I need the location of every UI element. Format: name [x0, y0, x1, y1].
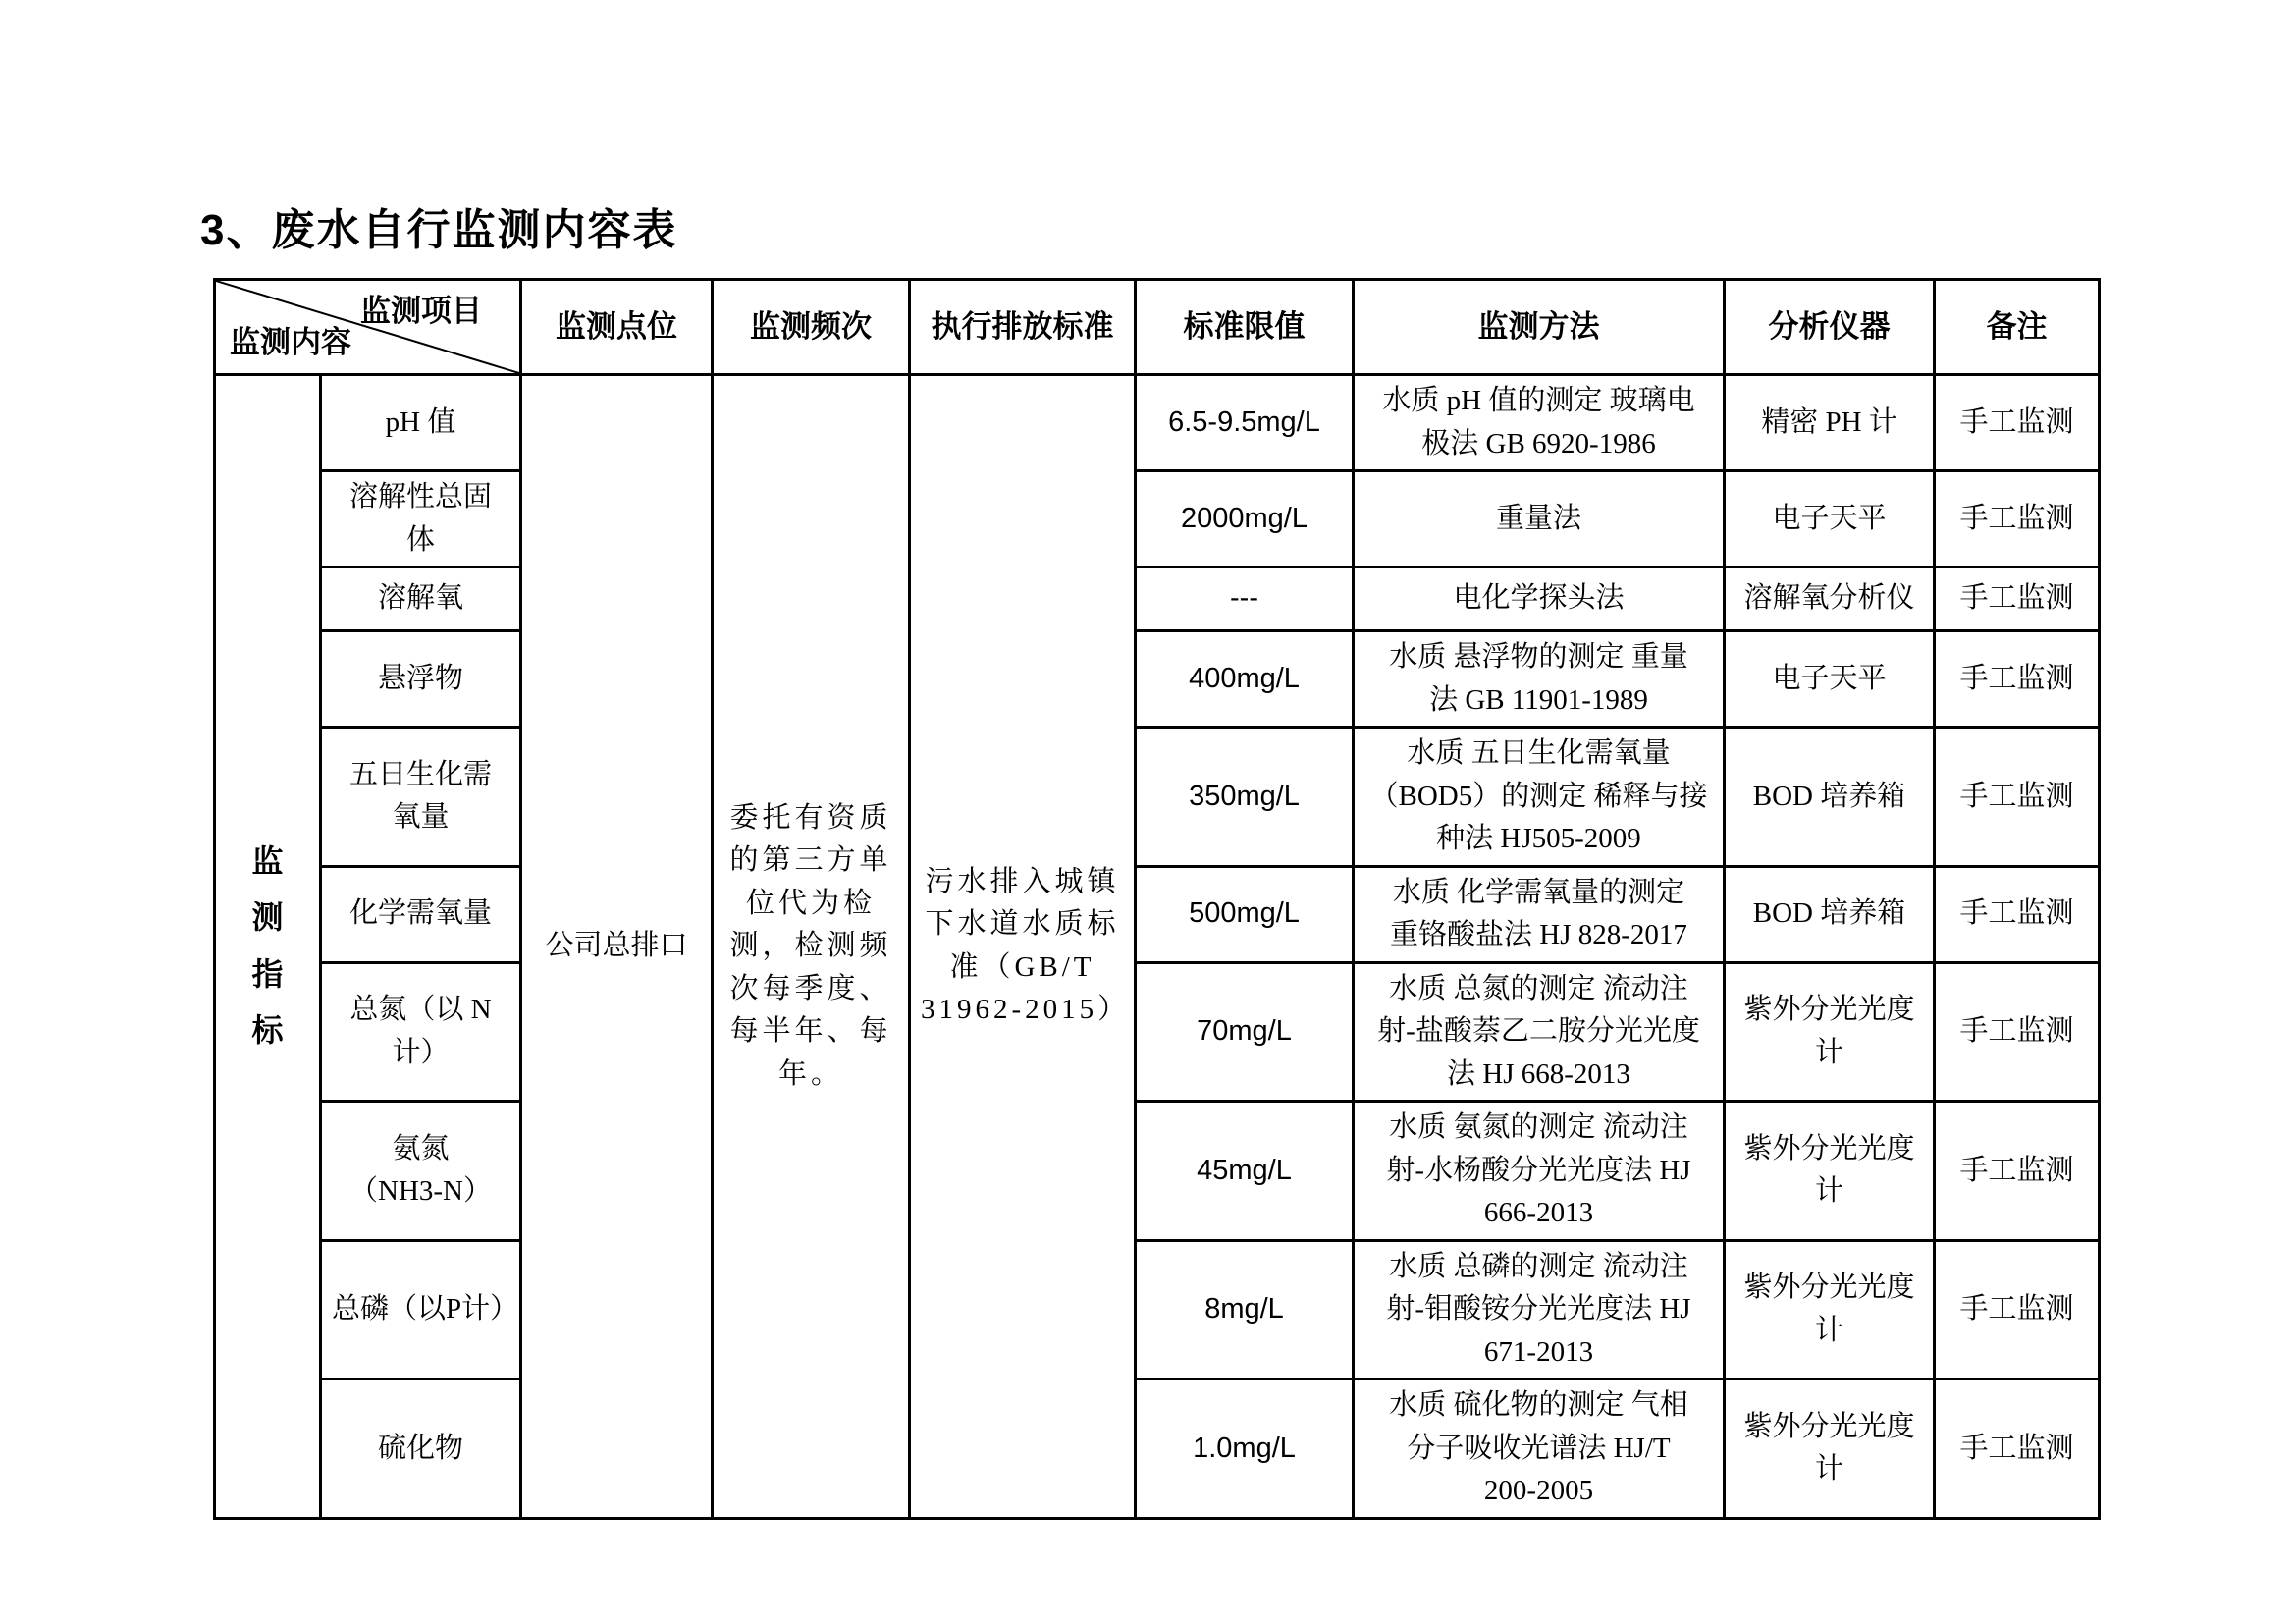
instrument-cell: 溶解氧分析仪	[1725, 568, 1935, 631]
limit-cell: 350mg/L	[1136, 728, 1354, 867]
table-row: 化学需氧量 500mg/L 水质 化学需氧量的测定 重铬酸盐法 HJ 828-2…	[215, 866, 2100, 962]
method-cell: 水质 总磷的测定 流动注 射-钼酸铵分光光度法 HJ 671-2013	[1354, 1240, 1725, 1380]
instrument-cell: BOD 培养箱	[1725, 866, 1935, 962]
remark-cell: 手工监测	[1935, 1380, 2100, 1519]
header-monitoring-point: 监测点位	[521, 280, 713, 375]
indicator-cell: 化学需氧量	[321, 866, 521, 962]
limit-cell: 45mg/L	[1136, 1102, 1354, 1241]
row-group-label: 监测指标	[249, 834, 286, 1059]
method-cell: 水质 氨氮的测定 流动注 射-水杨酸分光光度法 HJ 666-2013	[1354, 1102, 1725, 1241]
instrument-cell: 精密 PH 计	[1725, 375, 1935, 471]
table-row: 总氮（以 N 计） 70mg/L 水质 总氮的测定 流动注 射-盐酸萘乙二胺分光…	[215, 962, 2100, 1102]
table-row: 硫化物 1.0mg/L 水质 硫化物的测定 气相 分子吸收光谱法 HJ/T 20…	[215, 1380, 2100, 1519]
wastewater-monitoring-table: 监测项目 监测内容 监测点位 监测频次 执行排放标准 标准限值 监测方法 分析仪…	[213, 278, 2101, 1520]
method-cell: 水质 总氮的测定 流动注 射-盐酸萘乙二胺分光光度 法 HJ 668-2013	[1354, 962, 1725, 1102]
remark-cell: 手工监测	[1935, 866, 2100, 962]
limit-cell: 400mg/L	[1136, 631, 1354, 728]
limit-cell: 500mg/L	[1136, 866, 1354, 962]
instrument-cell: 紫外分光光度 计	[1725, 1102, 1935, 1241]
indicator-cell: 总氮（以 N 计）	[321, 962, 521, 1102]
indicator-cell: 悬浮物	[321, 631, 521, 728]
remark-cell: 手工监测	[1935, 1240, 2100, 1380]
method-cell: 水质 硫化物的测定 气相 分子吸收光谱法 HJ/T 200-2005	[1354, 1380, 1725, 1519]
table-row: 溶解氧 --- 电化学探头法 溶解氧分析仪 手工监测	[215, 568, 2100, 631]
indicator-cell: 溶解氧	[321, 568, 521, 631]
remark-cell: 手工监测	[1935, 962, 2100, 1102]
row-group-label-cell: 监测指标	[215, 375, 321, 1519]
table-row: 溶解性总固 体 2000mg/L 重量法 电子天平 手工监测	[215, 471, 2100, 568]
header-remark: 备注	[1935, 280, 2100, 375]
page-title: 3、废水自行监测内容表	[200, 194, 677, 257]
instrument-cell: BOD 培养箱	[1725, 728, 1935, 867]
header-monitoring-method: 监测方法	[1354, 280, 1725, 375]
header-standard-limit: 标准限值	[1136, 280, 1354, 375]
remark-cell: 手工监测	[1935, 471, 2100, 568]
remark-cell: 手工监测	[1935, 568, 2100, 631]
instrument-cell: 紫外分光光度 计	[1725, 962, 1935, 1102]
header-row: 监测项目 监测内容 监测点位 监测频次 执行排放标准 标准限值 监测方法 分析仪…	[215, 280, 2100, 375]
method-cell: 重量法	[1354, 471, 1725, 568]
method-cell: 水质 五日生化需氧量 （BOD5）的测定 稀释与接 种法 HJ505-2009	[1354, 728, 1725, 867]
header-analysis-instrument: 分析仪器	[1725, 280, 1935, 375]
remark-cell: 手工监测	[1935, 375, 2100, 471]
indicator-cell: 五日生化需 氧量	[321, 728, 521, 867]
table-row: 监测指标 pH 值 公司总排口 委托有资质 的第三方单 位代为检 测，检测频 次…	[215, 375, 2100, 471]
table-row: 五日生化需 氧量 350mg/L 水质 五日生化需氧量 （BOD5）的测定 稀释…	[215, 728, 2100, 867]
limit-cell: ---	[1136, 568, 1354, 631]
instrument-cell: 紫外分光光度 计	[1725, 1240, 1935, 1380]
discharge-standard-cell: 污水排入城镇 下水道水质标 准（GB/T 31962-2015）	[910, 375, 1136, 1519]
corner-label-monitoring-item: 监测项目	[360, 289, 482, 335]
monitoring-frequency-cell: 委托有资质 的第三方单 位代为检 测，检测频 次每季度、 每半年、每 年。	[713, 375, 910, 1519]
corner-header-cell: 监测项目 监测内容	[215, 280, 521, 375]
indicator-cell: pH 值	[321, 375, 521, 471]
indicator-cell: 总磷（以P计）	[321, 1240, 521, 1380]
remark-cell: 手工监测	[1935, 1102, 2100, 1241]
header-discharge-standard: 执行排放标准	[910, 280, 1136, 375]
monitoring-point-cell: 公司总排口	[521, 375, 713, 1519]
method-cell: 水质 化学需氧量的测定 重铬酸盐法 HJ 828-2017	[1354, 866, 1725, 962]
remark-cell: 手工监测	[1935, 631, 2100, 728]
indicator-cell: 硫化物	[321, 1380, 521, 1519]
header-monitoring-frequency: 监测频次	[713, 280, 910, 375]
table-row: 悬浮物 400mg/L 水质 悬浮物的测定 重量 法 GB 11901-1989…	[215, 631, 2100, 728]
indicator-cell: 溶解性总固 体	[321, 471, 521, 568]
instrument-cell: 电子天平	[1725, 471, 1935, 568]
limit-cell: 2000mg/L	[1136, 471, 1354, 568]
table-row: 总磷（以P计） 8mg/L 水质 总磷的测定 流动注 射-钼酸铵分光光度法 HJ…	[215, 1240, 2100, 1380]
method-cell: 水质 悬浮物的测定 重量 法 GB 11901-1989	[1354, 631, 1725, 728]
limit-cell: 8mg/L	[1136, 1240, 1354, 1380]
table-row: 氨氮 （NH3-N） 45mg/L 水质 氨氮的测定 流动注 射-水杨酸分光光度…	[215, 1102, 2100, 1241]
method-cell: 电化学探头法	[1354, 568, 1725, 631]
method-cell: 水质 pH 值的测定 玻璃电 极法 GB 6920-1986	[1354, 375, 1725, 471]
limit-cell: 1.0mg/L	[1136, 1380, 1354, 1519]
document-page: 3、废水自行监测内容表 监测项目 监测内容 监测点位 监测频次 执行排放标准	[0, 0, 2296, 1624]
limit-cell: 6.5-9.5mg/L	[1136, 375, 1354, 471]
indicator-cell: 氨氮 （NH3-N）	[321, 1102, 521, 1241]
remark-cell: 手工监测	[1935, 728, 2100, 867]
limit-cell: 70mg/L	[1136, 962, 1354, 1102]
instrument-cell: 电子天平	[1725, 631, 1935, 728]
corner-label-monitoring-content: 监测内容	[230, 320, 351, 366]
instrument-cell: 紫外分光光度 计	[1725, 1380, 1935, 1519]
